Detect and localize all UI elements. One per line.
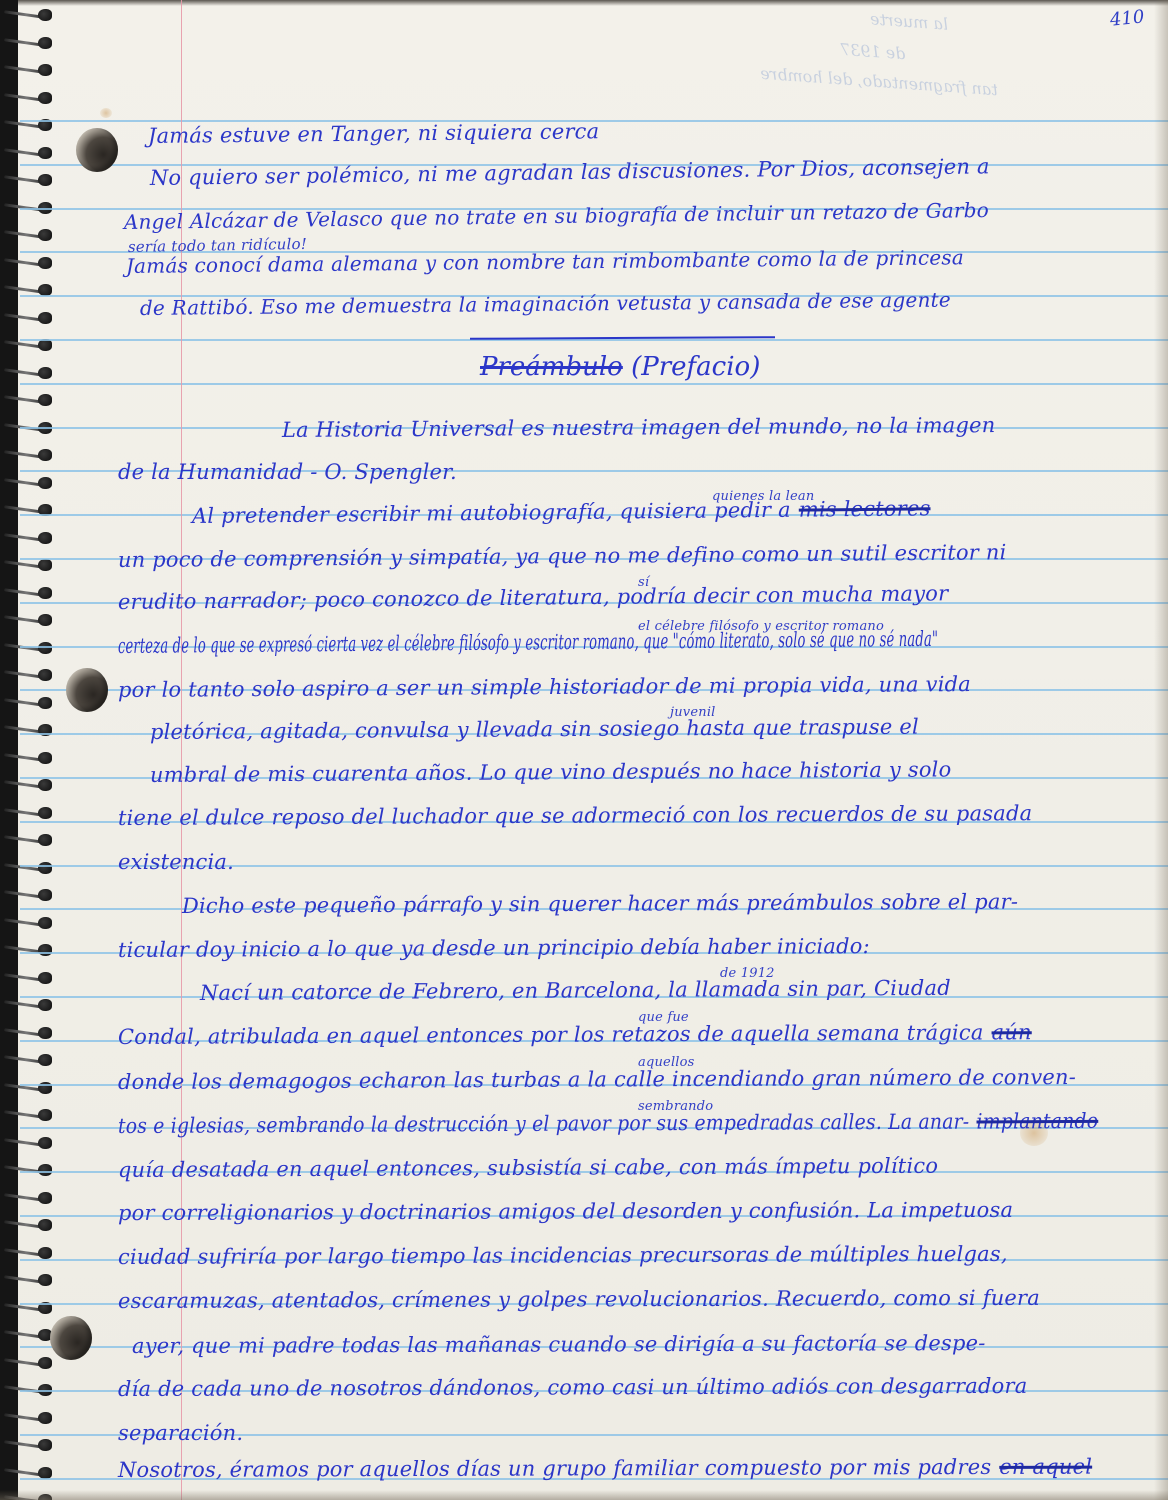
handwritten-line: existencia. <box>118 852 234 873</box>
spiral-coil <box>4 780 52 790</box>
line-text: Nací un catorce de Febrero, en Barcelona… <box>200 976 951 1005</box>
line-text: tiene el dulce reposo del luchador que s… <box>118 801 1033 830</box>
spiral-coil <box>4 148 52 158</box>
handwritten-line: donde los demagogos echaron las turbas a… <box>118 1067 1076 1093</box>
spiral-coil <box>4 1138 52 1148</box>
struck-word: mis lectores <box>799 496 931 521</box>
spiral-coil <box>4 1000 52 1010</box>
spiral-coil <box>4 285 52 295</box>
handwritten-insertion: sembrando <box>638 1100 713 1113</box>
handwritten-line: ciudad sufriría por largo tiempo las inc… <box>118 1244 1008 1268</box>
line-text: donde los demagogos echaron las turbas a… <box>118 1065 1076 1094</box>
spiral-coil <box>4 1248 52 1258</box>
handwritten-line: Angel Alcázar de Velasco que no trate en… <box>124 200 989 232</box>
spiral-coil <box>4 38 52 48</box>
handwritten-insertion: el célebre filósofo y escritor romano <box>638 620 884 633</box>
spiral-coil <box>4 670 52 680</box>
spiral-coil <box>4 1413 52 1423</box>
handwritten-line: pletórica, agitada, convulsa y llevada s… <box>150 717 919 743</box>
handwritten-insertion: aquellos <box>638 1056 695 1069</box>
spiral-coil <box>4 478 52 488</box>
bleed-through-text: tan fragmentado, del hombre <box>760 64 999 100</box>
handwritten-line: Al pretender escribir mi autobiografía, … <box>192 498 931 527</box>
handwritten-line: tos e iglesias, sembrando la destrucción… <box>118 1111 1098 1137</box>
line-text: un poco de comprensión y simpatía, ya qu… <box>118 540 1007 572</box>
handwritten-line: Jamás estuve en Tanger, ni siquiera cerc… <box>148 121 600 147</box>
line-text: quía desatada en aquel entonces, subsist… <box>118 1154 938 1182</box>
page-edge-shadow <box>1154 0 1168 1500</box>
line-text: umbral de mis cuarenta años. Lo que vino… <box>150 757 952 787</box>
handwritten-line: No quiero ser polémico, ni me agradan la… <box>150 156 990 189</box>
spiral-coil <box>4 1110 52 1120</box>
spiral-coil <box>4 93 52 103</box>
spiral-coil <box>4 560 52 570</box>
spiral-coil <box>4 175 52 185</box>
handwritten-line: día de cada uno de nosotros dándonos, co… <box>118 1376 1028 1400</box>
epigraph-line: de la Humanidad - O. Spengler. <box>118 462 457 483</box>
line-text: Al pretender escribir mi autobiografía, … <box>192 498 791 528</box>
handwritten-line: ayer, que mi padre todas las mañanas cua… <box>132 1333 986 1357</box>
bleed-through-text: la muerte <box>869 9 948 33</box>
spiral-coil <box>4 835 52 845</box>
spiral-coil <box>4 340 52 350</box>
spiral-coil <box>4 1055 52 1065</box>
spiral-coil <box>4 1028 52 1038</box>
title-label: (Prefacio) <box>631 352 760 382</box>
handwritten-line: Dicho este pequeño párrafo y sin querer … <box>182 892 1018 917</box>
line-text: ciudad sufriría por largo tiempo las inc… <box>118 1242 1008 1269</box>
line-text: ticular doy inicio a lo que ya desde un … <box>118 934 870 962</box>
handwritten-line: un poco de comprensión y simpatía, ya qu… <box>118 542 1007 571</box>
handwritten-line: separación. <box>118 1423 243 1444</box>
handwritten-insertion: quienes la lean <box>712 490 814 503</box>
page-number: 410 <box>1109 6 1145 30</box>
struck-word: aún <box>992 1020 1032 1044</box>
notebook-page: la muerte de 1937 tan fragmentado, del h… <box>0 0 1168 1500</box>
spiral-coil <box>4 368 52 378</box>
line-text: erudito narrador; poco conozco de litera… <box>118 581 949 614</box>
spiral-coil <box>4 698 52 708</box>
handwritten-line: Nací un catorce de Febrero, en Barcelona… <box>200 978 951 1004</box>
spiral-coil <box>4 450 52 460</box>
handwritten-insertion: que fue <box>638 1011 689 1024</box>
spiral-coil <box>4 65 52 75</box>
spiral-coil <box>4 313 52 323</box>
spiral-coil <box>4 808 52 818</box>
handwritten-line: por lo tanto solo aspiro a ser un simple… <box>118 674 971 701</box>
handwritten-line: de Rattibó. Eso me demuestra la imaginac… <box>140 290 951 318</box>
bleed-through-text: de 1937 <box>839 40 906 64</box>
handwritten-line: por correligionarios y doctrinarios amig… <box>118 1200 1013 1224</box>
epigraph-line: La Historia Universal es nuestra imagen … <box>282 415 996 441</box>
spiral-coil <box>4 753 52 763</box>
line-text: pletórica, agitada, convulsa y llevada s… <box>150 715 919 744</box>
spiral-coil <box>4 918 52 928</box>
line-text: día de cada uno de nosotros dándonos, co… <box>118 1374 1028 1401</box>
line-text: tos e iglesias, sembrando la destrucción… <box>118 1110 970 1138</box>
punch-hole <box>66 668 108 712</box>
handwritten-line: erudito narrador; poco conozco de litera… <box>118 583 949 613</box>
spiral-binding <box>0 0 18 1500</box>
handwritten-line: quía desatada en aquel entonces, subsist… <box>118 1156 938 1181</box>
spiral-coil <box>4 258 52 268</box>
page-bottom-edge <box>0 1490 1168 1500</box>
spiral-coil <box>4 1193 52 1203</box>
spiral-coil <box>4 1440 52 1450</box>
spiral-coil <box>4 395 52 405</box>
spiral-coil <box>4 615 52 625</box>
struck-word: implantando <box>976 1109 1098 1134</box>
line-text: escaramuzas, atentados, crímenes y golpe… <box>118 1286 1040 1313</box>
struck-title: Preámbulo <box>480 352 623 382</box>
spiral-coil <box>4 890 52 900</box>
line-text: existencia. <box>118 850 234 874</box>
handwritten-insertion: de 1912 <box>720 967 775 980</box>
paper-stain <box>100 108 112 118</box>
spiral-coil <box>4 863 52 873</box>
ruled-line <box>20 339 1168 341</box>
handwritten-line: umbral de mis cuarenta años. Lo que vino… <box>150 759 952 786</box>
spiral-coil <box>4 973 52 983</box>
spiral-coil <box>4 1468 52 1478</box>
spiral-coil <box>4 1358 52 1368</box>
handwritten-line: tiene el dulce reposo del luchador que s… <box>118 803 1032 829</box>
punch-hole <box>76 128 118 172</box>
handwritten-line: Nosotros, éramos por aquellos días un gr… <box>118 1457 1092 1481</box>
handwritten-line: Condal, atribulada en aquel entonces por… <box>118 1022 1032 1048</box>
spiral-coil <box>4 1330 52 1340</box>
handwritten-insertion: sí <box>638 576 649 589</box>
spiral-coil <box>4 1275 52 1285</box>
line-text: Condal, atribulada en aquel entonces por… <box>118 1020 984 1049</box>
punch-hole <box>50 1316 92 1360</box>
line-text: Nosotros, éramos por aquellos días un gr… <box>118 1455 991 1482</box>
ruled-line <box>20 383 1168 385</box>
line-text: por lo tanto solo aspiro a ser un simple… <box>118 672 971 702</box>
spiral-coil <box>4 1220 52 1230</box>
spiral-coil <box>4 588 52 598</box>
spiral-coil <box>4 1165 52 1175</box>
line-text: separación. <box>118 1421 243 1445</box>
spiral-coil <box>4 10 52 20</box>
struck-word: en aquel <box>999 1455 1092 1479</box>
section-title: Preámbulo (Prefacio) <box>480 352 760 382</box>
line-text: Dicho este pequeño párrafo y sin querer … <box>182 890 1018 918</box>
spiral-coil <box>4 533 52 543</box>
handwritten-line: ticular doy inicio a lo que ya desde un … <box>118 936 870 961</box>
line-text: por correligionarios y doctrinarios amig… <box>118 1198 1013 1225</box>
handwritten-line: escaramuzas, atentados, crímenes y golpe… <box>118 1288 1040 1312</box>
line-text: ayer, que mi padre todas las mañanas cua… <box>132 1331 986 1358</box>
handwritten-insertion: juvenil <box>670 706 716 719</box>
spiral-coil <box>4 230 52 240</box>
